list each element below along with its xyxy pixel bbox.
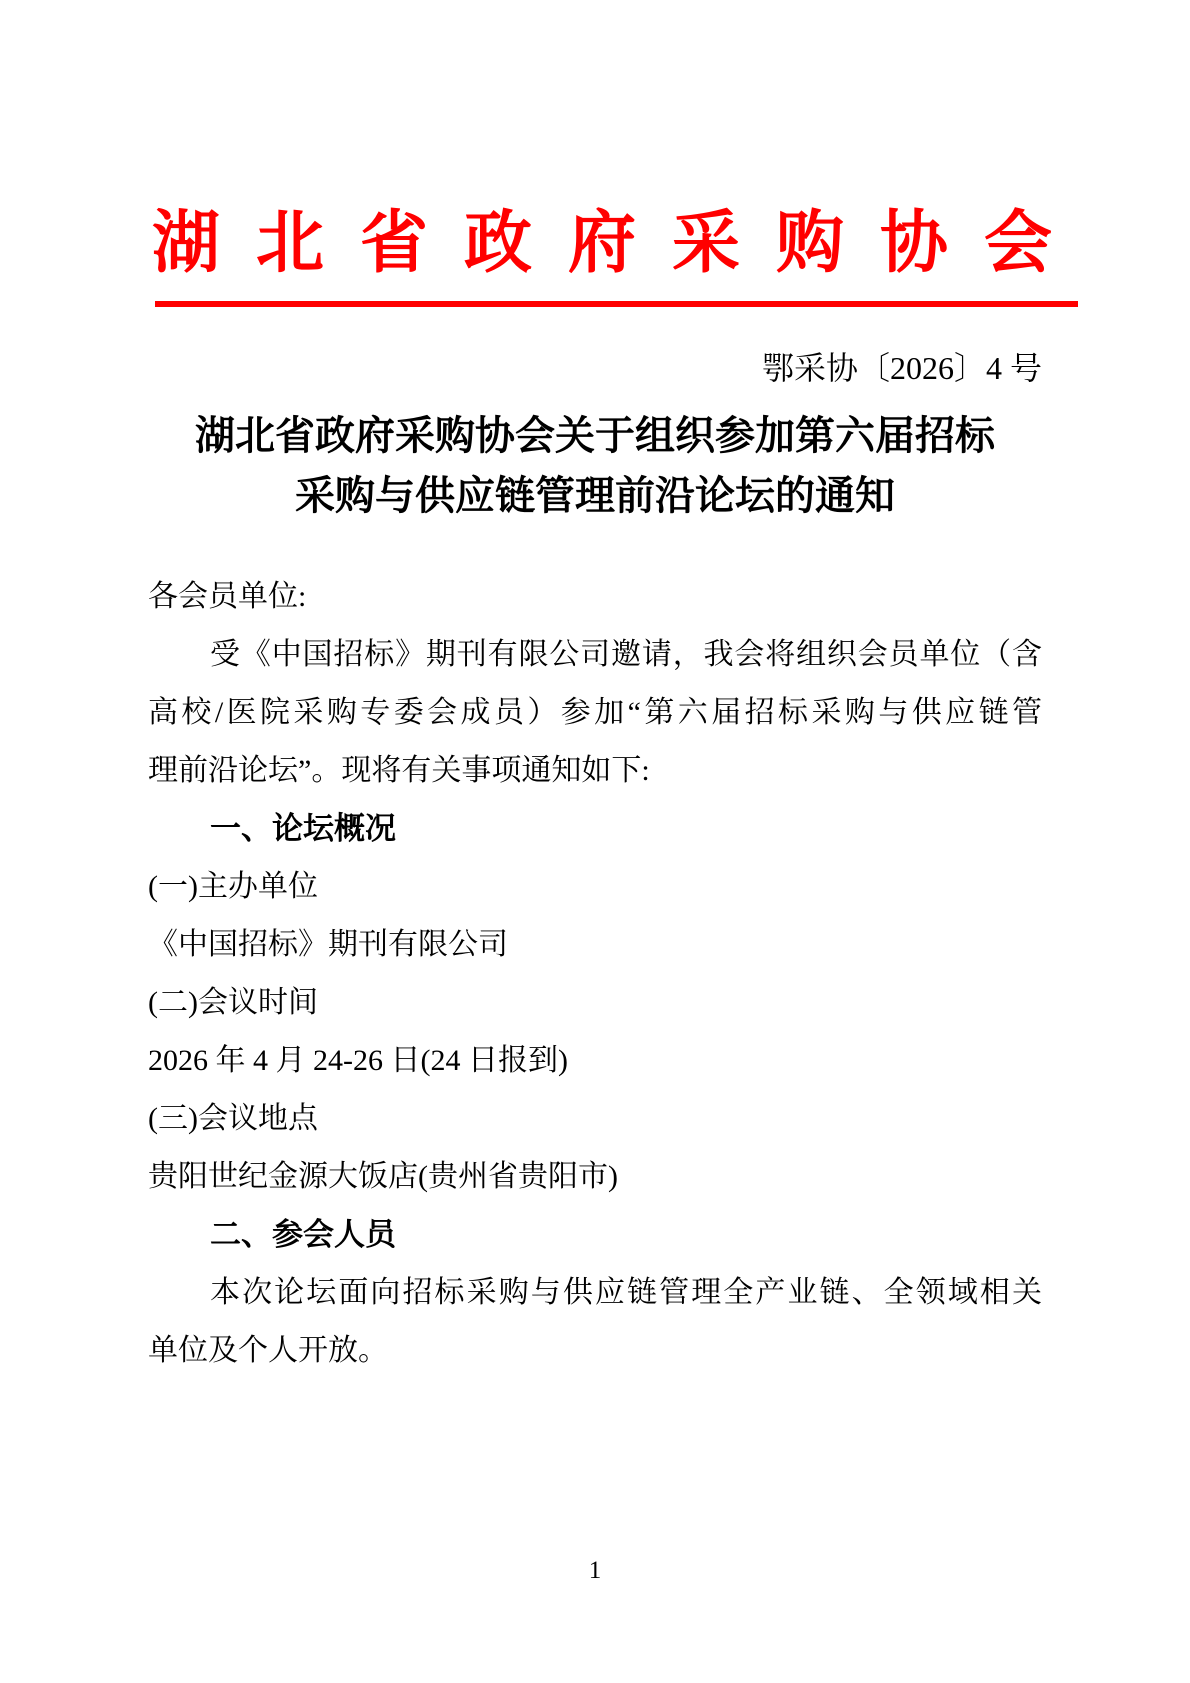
section-1-item-3-label: (三)会议地点 xyxy=(148,1090,1042,1148)
letterhead-divider xyxy=(155,301,1078,307)
page-number: 1 xyxy=(0,1556,1190,1586)
document-title: 湖北省政府采购协会关于组织参加第六届招标 采购与供应链管理前沿论坛的通知 xyxy=(148,406,1042,526)
document-body: 各会员单位: 受《中国招标》期刊有限公司邀请，我会将组织会员单位（含 高校/医院… xyxy=(148,568,1042,1380)
section-2-paragraph-line-1: 本次论坛面向招标采购与供应链管理全产业链、全领域相关 xyxy=(148,1264,1042,1322)
section-1-item-1-label: (一)主办单位 xyxy=(148,858,1042,916)
intro-paragraph-line-1: 受《中国招标》期刊有限公司邀请，我会将组织会员单位（含 xyxy=(148,626,1042,684)
section-1-item-1-value: 《中国招标》期刊有限公司 xyxy=(148,916,1042,974)
document-number: 鄂采协〔2026〕4 号 xyxy=(148,350,1042,386)
document-title-line1: 湖北省政府采购协会关于组织参加第六届招标 xyxy=(148,406,1042,466)
document-title-line2: 采购与供应链管理前沿论坛的通知 xyxy=(148,466,1042,526)
salutation: 各会员单位: xyxy=(148,568,1042,626)
intro-paragraph-line-2: 高校/医院采购专委会成员）参加“第六届招标采购与供应链管 xyxy=(148,684,1042,742)
section-1-item-3-value: 贵阳世纪金源大饭店(贵州省贵阳市) xyxy=(148,1148,1042,1206)
section-2-heading: 二、参会人员 xyxy=(148,1206,1042,1264)
letterhead-org-name: 湖北省政府采购协会 xyxy=(152,209,1088,277)
document-page: 湖北省政府采购协会 鄂采协〔2026〕4 号 湖北省政府采购协会关于组织参加第六… xyxy=(0,0,1190,1683)
intro-paragraph-line-3: 理前沿论坛”。现将有关事项通知如下: xyxy=(148,742,1042,800)
section-1-item-2-value: 2026 年 4 月 24-26 日(24 日报到) xyxy=(148,1032,1042,1090)
section-1-heading: 一、论坛概况 xyxy=(148,800,1042,858)
section-2-paragraph-line-2: 单位及个人开放。 xyxy=(148,1322,1042,1380)
section-1-item-2-label: (二)会议时间 xyxy=(148,974,1042,1032)
